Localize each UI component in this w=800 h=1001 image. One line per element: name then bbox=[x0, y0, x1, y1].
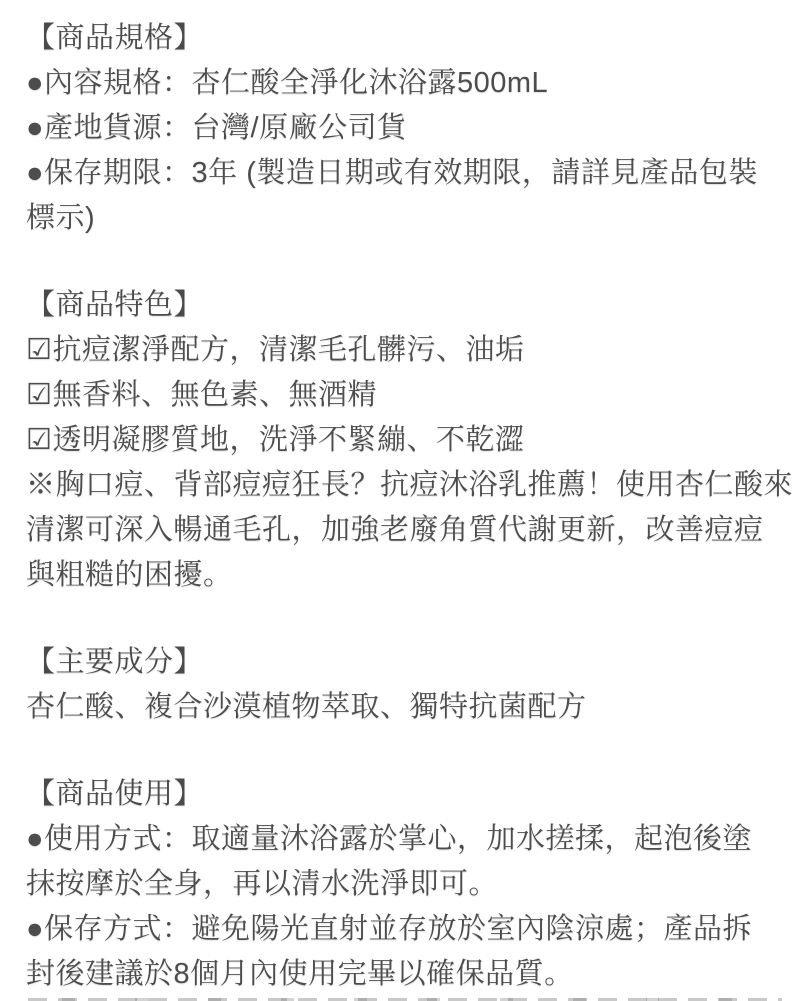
product-description: 【商品規格】●內容規格：杏仁酸全淨化沐浴露500mL●產地貨源：台灣/原廠公司貨… bbox=[26, 16, 780, 997]
text-line: ※胸口痘、背部痘痘狂長？抗痘沐浴乳推薦！使用杏仁酸來 bbox=[26, 463, 780, 508]
section-main-ingredients: 【主要成分】杏仁酸、複合沙漠植物萃取、獨特抗菌配方 bbox=[26, 640, 780, 730]
text-line: ☑透明凝膠質地，洗淨不緊繃、不乾澀 bbox=[26, 418, 780, 463]
text-line: ●保存方式：避免陽光直射並存放於室內陰涼處；產品拆 bbox=[26, 907, 780, 952]
text-line: 清潔可深入暢通毛孔，加強老廢角質代謝更新，改善痘痘 bbox=[26, 508, 780, 553]
section-heading: 【商品特色】 bbox=[26, 283, 780, 328]
text-line: ●保存期限：3年 (製造日期或有效期限，請詳見產品包裝 bbox=[26, 151, 780, 196]
text-line: ●產地貨源：台灣/原廠公司貨 bbox=[26, 106, 780, 151]
section-product-spec: 【商品規格】●內容規格：杏仁酸全淨化沐浴露500mL●產地貨源：台灣/原廠公司貨… bbox=[26, 16, 780, 241]
section-product-features: 【商品特色】☑抗痘潔淨配方，清潔毛孔髒污、油垢☑無香料、無色素、無酒精☑透明凝膠… bbox=[26, 283, 780, 598]
section-heading: 【商品使用】 bbox=[26, 772, 780, 817]
section-product-usage: 【商品使用】●使用方式：取適量沐浴露於掌心，加水搓揉，起泡後塗抹按摩於全身，再以… bbox=[26, 772, 780, 997]
text-line: 抹按摩於全身，再以清水洗淨即可。 bbox=[26, 862, 780, 907]
text-line: ☑無香料、無色素、無酒精 bbox=[26, 373, 780, 418]
section-heading: 【主要成分】 bbox=[26, 640, 780, 685]
text-line: ☑抗痘潔淨配方，清潔毛孔髒污、油垢 bbox=[26, 328, 780, 373]
text-line: ●使用方式：取適量沐浴露於掌心，加水搓揉，起泡後塗 bbox=[26, 817, 780, 862]
text-line: 封後建議於8個月內使用完畢以確保品質。 bbox=[26, 952, 780, 997]
text-line: 杏仁酸、複合沙漠植物萃取、獨特抗菌配方 bbox=[26, 685, 780, 730]
section-heading: 【商品規格】 bbox=[26, 16, 780, 61]
text-line: 與粗糙的困擾。 bbox=[26, 553, 780, 598]
product-description-scroll-area[interactable]: 【商品規格】●內容規格：杏仁酸全淨化沐浴露500mL●產地貨源：台灣/原廠公司貨… bbox=[0, 0, 800, 1001]
text-line: 標示) bbox=[26, 196, 780, 241]
text-line: ●內容規格：杏仁酸全淨化沐浴露500mL bbox=[26, 61, 780, 106]
